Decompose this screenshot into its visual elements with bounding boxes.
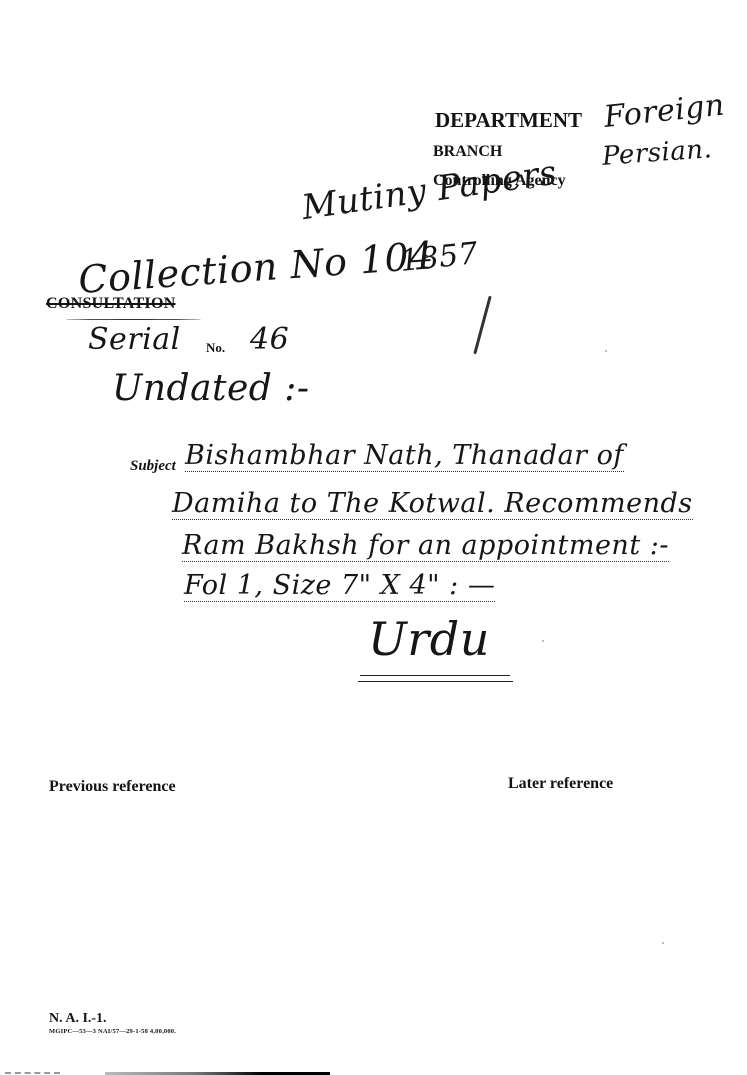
date-value: Undated :- xyxy=(112,368,310,409)
scan-speck xyxy=(605,350,607,352)
language-value: Urdu xyxy=(368,612,490,666)
subject-label: Subject xyxy=(130,458,176,475)
serial-handwritten-label: Serial xyxy=(88,322,181,357)
collection-number: Collection No 104 xyxy=(77,233,435,302)
branch-value: Persian. xyxy=(601,134,713,172)
form-code: N. A. I.-1. xyxy=(49,1011,107,1027)
subject-line: Bishambhar Nath, Thanadar of xyxy=(185,440,624,472)
scan-speck xyxy=(662,942,664,944)
consultation-label: CONSULTATION xyxy=(46,295,176,313)
scan-speck xyxy=(542,640,544,642)
subject-line: Fol 1, Size 7" X 4" : — xyxy=(184,570,495,602)
annotation-title: Mutiny Papers xyxy=(299,153,559,228)
branch-label: BRANCH xyxy=(433,143,502,161)
pen-stroke-mark xyxy=(473,296,491,355)
consultation-text: CONSULTATION xyxy=(46,295,176,312)
later-reference-label: Later reference xyxy=(508,775,613,793)
department-value: Foreign xyxy=(602,88,726,135)
previous-reference-label: Previous reference xyxy=(49,778,176,796)
language-underline xyxy=(360,675,510,676)
print-code: MGIPC—53—3 NAI/57—29-1-58 4,00,000. xyxy=(49,1028,176,1035)
consultation-underline xyxy=(66,318,201,320)
serial-no-label: No. xyxy=(206,340,225,356)
subject-line: Ram Bakhsh for an appointment :- xyxy=(182,530,669,562)
language-underline xyxy=(358,681,513,682)
subject-line: Damiha to The Kotwal. Recommends xyxy=(172,488,693,520)
serial-value: 46 xyxy=(250,322,289,357)
department-label: DEPARTMENT xyxy=(435,108,582,133)
